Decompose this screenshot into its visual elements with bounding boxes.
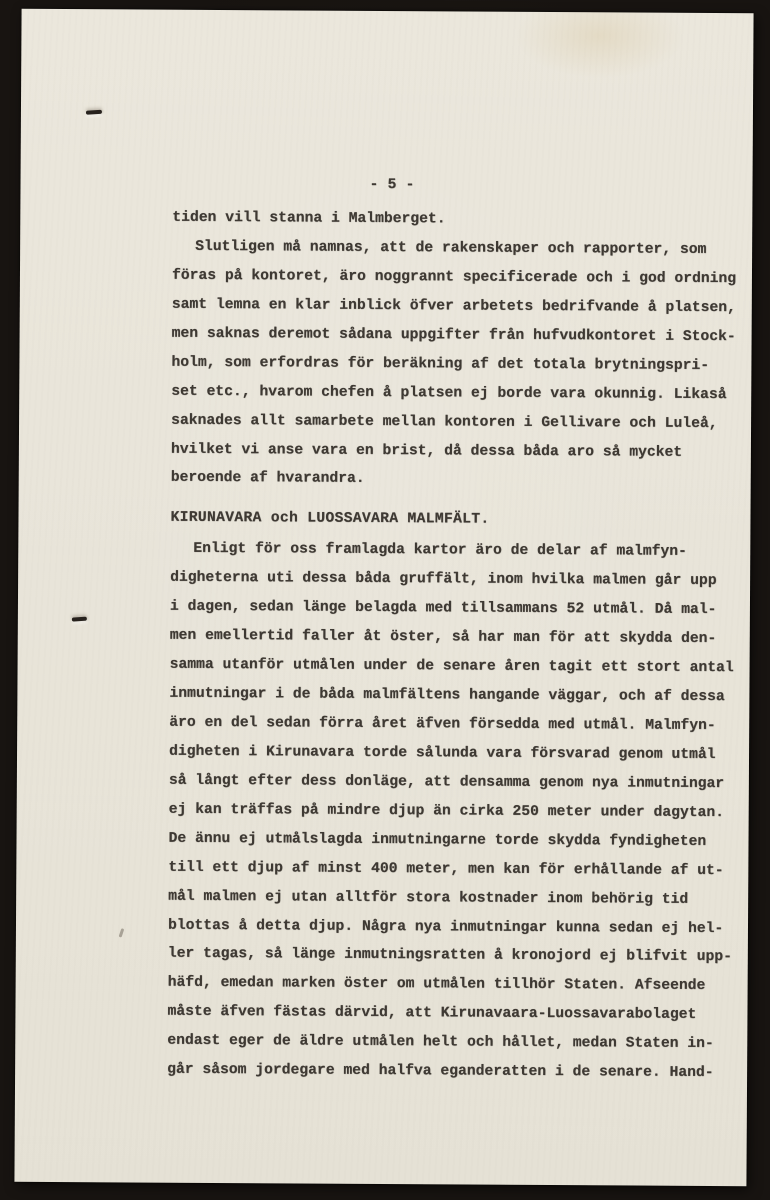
- text-line-14: i dagen, sedan länge belagda med tillsam…: [170, 593, 746, 625]
- text-line-22: De ännu ej utmålslagda inmutningarne tor…: [168, 824, 744, 856]
- staple-hole-mark-middle: [72, 617, 87, 622]
- text-line-2: Slutligen må namnas, att de rakenskaper …: [172, 233, 748, 265]
- staple-hole-mark-top: [86, 110, 102, 115]
- text-line-10: beroende af hvarandra.: [171, 464, 747, 496]
- text-line-15: men emellertid faller åt öster, så har m…: [170, 622, 746, 654]
- text-line-3: föras på kontoret, äro noggrannt specifi…: [172, 262, 748, 294]
- text-line-27: häfd, emedan marken öster om utmålen til…: [168, 969, 744, 1001]
- text-line-4: samt lemna en klar inblick öfver arbetet…: [172, 291, 748, 323]
- page-number: - 5 -: [369, 177, 414, 193]
- text-line-19: digheten i Kirunavara torde sålunda vara…: [169, 738, 745, 770]
- text-line-7: set etc., hvarom chefen å platsen ej bor…: [171, 377, 747, 409]
- ink-speck: [119, 928, 125, 937]
- text-line-8: saknades allt samarbete mellan kontoren …: [171, 406, 747, 438]
- text-line-12: Enligt för oss framlagda kartor äro de d…: [170, 535, 746, 567]
- text-line-23: till ett djup af minst 400 meter, men ka…: [168, 853, 744, 885]
- text-line-28: måste äfven fästas därvid, att Kirunavaa…: [167, 998, 743, 1030]
- text-line-20: så långt efter dess donläge, att densamm…: [169, 767, 745, 799]
- document-text: tiden vill stanna i Malmberget.Slutligen…: [167, 204, 748, 1089]
- text-line-26: ler tagas, så länge inmutningsratten å k…: [168, 940, 744, 972]
- text-line-24: mål malmen ej utan alltför stora kostnad…: [168, 882, 744, 914]
- text-line-18: äro en del sedan förra året äfven försed…: [169, 709, 745, 741]
- text-line-5: men saknas deremot sådana uppgifter från…: [172, 319, 748, 351]
- text-line-21: ej kan träffas på mindre djup än cirka 2…: [169, 795, 745, 827]
- text-line-13: digheterna uti dessa båda gruffält, inom…: [170, 564, 746, 596]
- text-line-16: samma utanför utmålen under de senare år…: [169, 651, 745, 683]
- scanned-document-background: - 5 - tiden vill stanna i Malmberget.Slu…: [0, 0, 770, 1200]
- text-line-1: tiden vill stanna i Malmberget.: [172, 204, 748, 236]
- text-line-11: KIRUNAVARA och LUOSSAVARA MALMFÄLT.: [170, 504, 746, 536]
- text-line-29: endast eger de äldre utmålen helt och hå…: [167, 1027, 743, 1059]
- text-line-9: hvilket vi anse vara en brist, då dessa …: [171, 435, 747, 467]
- text-line-6: holm, som erfordras för beräkning af det…: [171, 348, 747, 380]
- text-line-17: inmutningar i de båda malmfältens hangan…: [169, 680, 745, 712]
- text-line-30: går såsom jordegare med halfva eganderat…: [167, 1056, 743, 1088]
- text-line-25: blottas å detta djup. Några nya inmutnin…: [168, 911, 744, 943]
- document-page: - 5 - tiden vill stanna i Malmberget.Slu…: [14, 9, 753, 1186]
